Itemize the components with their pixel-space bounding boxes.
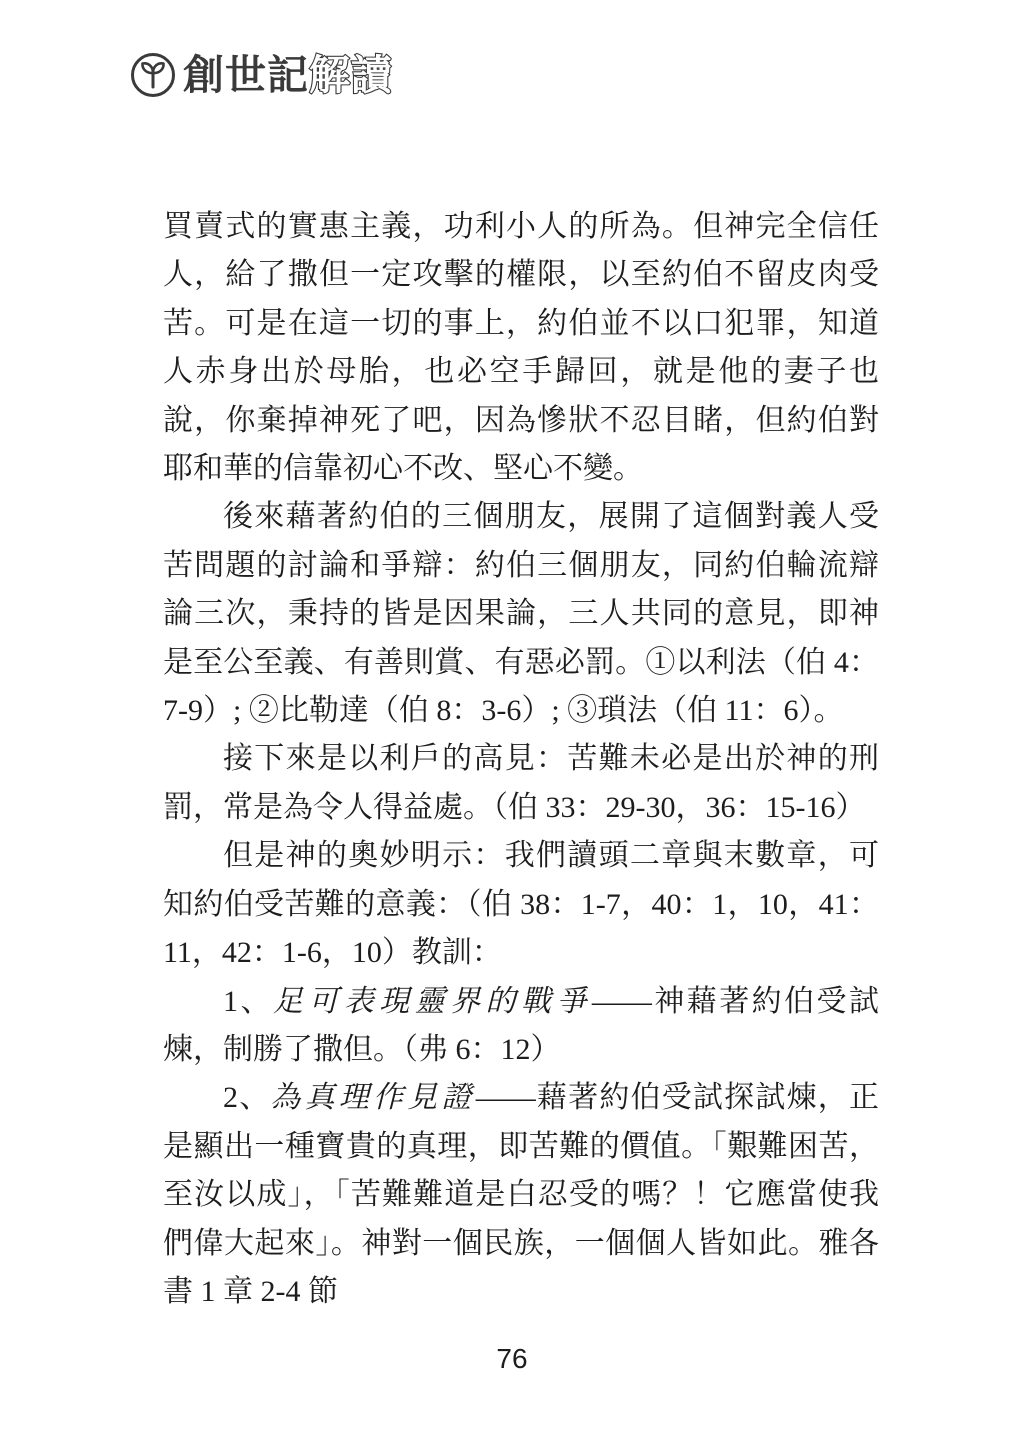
point-2-text: ——藉著約伯受試探試煉，正是顯出一種寶貴的真理，即苦難的價值。「艱難困苦，至汝以… [163,1081,879,1308]
list-number-2: 2、 [223,1081,270,1114]
sprout-circle-icon [130,52,176,98]
paragraph-6: 2、為真理作見證——藉著約伯受試探試煉，正是顯出一種寶貴的真理，即苦難的價值。「… [163,1074,879,1316]
paragraph-3: 接下來是以利戶的高見：苦難未必是出於神的刑罰，常是為令人得益處。（伯 33：29… [163,735,879,832]
paragraph-5: 1、足可表現靈界的戰爭——神藉著約伯受試煉，制勝了撒但。（弗 6：12） [163,978,879,1075]
body-text: 買賣式的實惠主義，功利小人的所為。但神完全信任人，給了撒但一定攻擊的權限，以至約… [163,203,879,1316]
book-page: 創世記解讀 買賣式的實惠主義，功利小人的所為。但神完全信任人，給了撒但一定攻擊的… [0,0,1024,1453]
book-title-sub: 解讀 [309,52,393,98]
point-1-heading: 足可表現靈界的戰爭 [273,985,592,1018]
page-number: 76 [0,1343,1024,1375]
book-title: 創世記解讀 [183,52,393,98]
paragraph-4: 但是神的奧妙明示：我們讀頭二章與末數章，可知約伯受苦難的意義：（伯 38：1-7… [163,832,879,977]
book-title-main: 創世記 [183,52,309,98]
point-2-heading: 為真理作見證 [270,1081,475,1114]
paragraph-1: 買賣式的實惠主義，功利小人的所為。但神完全信任人，給了撒但一定攻擊的權限，以至約… [163,203,879,493]
paragraph-2: 後來藉著約伯的三個朋友，展開了這個對義人受苦問題的討論和爭辯：約伯三個朋友，同約… [163,493,879,735]
page-header: 創世記解讀 [130,50,393,100]
list-number-1: 1、 [223,985,273,1018]
